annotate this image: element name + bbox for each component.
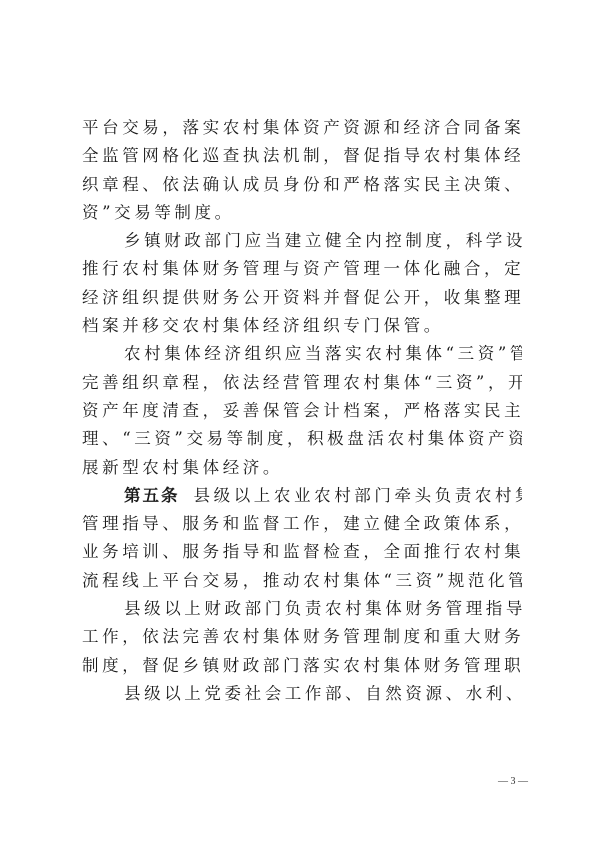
text-line: 推行农村集体财务管理与资产管理一体化融合，定期向农村集体 [82,255,522,283]
text-line: 档案并移交农村集体经济组织专门保管。 [82,312,522,340]
text-line: 县级以上党委社会工作部、自然资源、水利、海洋渔业、审 [82,680,522,708]
article-first-line: 第五条县级以上农业农村部门牵头负责农村集体“三资” [82,482,522,510]
text-line: 制度，督促乡镇财政部门落实农村集体财务管理职责。 [82,652,522,680]
text-line: 展新型农村集体经济。 [82,454,522,482]
text-line: 理、“三资”交易等制度，积极盘活农村集体资产资源，大力发 [82,425,522,453]
text-line: 织章程、依法确认成员身份和严格落实民主决策、财务管理、“三 [82,171,522,199]
text-line: 农村集体经济组织应当落实农村集体“三资”管理主体责任， [82,340,522,368]
page-number: — 3 — [498,776,528,787]
text-line: 全监管网格化巡查执法机制，督促指导农村集体经济组织完善组 [82,142,522,170]
text-line: 资”交易等制度。 [82,199,522,227]
text-line: 完善组织章程，依法经营管理农村集体“三资”，开展农村集体 [82,369,522,397]
document-body: 平台交易，落实农村集体资产资源和经济合同备案制度，建立健 全监管网格化巡查执法机… [82,114,522,708]
text-line: 工作，依法完善农村集体财务管理制度和重大财务事项决策管理 [82,623,522,651]
text-line-content: 县级以上农业农村部门牵头负责农村集体“三资” [194,486,523,505]
text-line: 资产年度清查，妥善保管会计档案，严格落实民主决策、财务管 [82,397,522,425]
text-line: 管理指导、服务和监督工作，建立健全政策体系，加强政策宣传、 [82,510,522,538]
text-line: 县级以上财政部门负责农村集体财务管理指导、服务和监督 [82,595,522,623]
text-line: 经济组织提供财务公开资料并督促公开，收集整理农村集体财务 [82,284,522,312]
article-number: 第五条 [124,486,180,505]
document-page: 平台交易，落实农村集体资产资源和经济合同备案制度，建立健 全监管网格化巡查执法机… [0,0,600,848]
text-line: 业务培训、服务指导和监督检查，全面推行农村集体“三资”全 [82,538,522,566]
text-line: 平台交易，落实农村集体资产资源和经济合同备案制度，建立健 [82,114,522,142]
text-line: 乡镇财政部门应当建立健全内控制度，科学设置专岗，全面 [82,227,522,255]
text-line: 流程线上平台交易，推动农村集体“三资”规范化管理。 [82,567,522,595]
